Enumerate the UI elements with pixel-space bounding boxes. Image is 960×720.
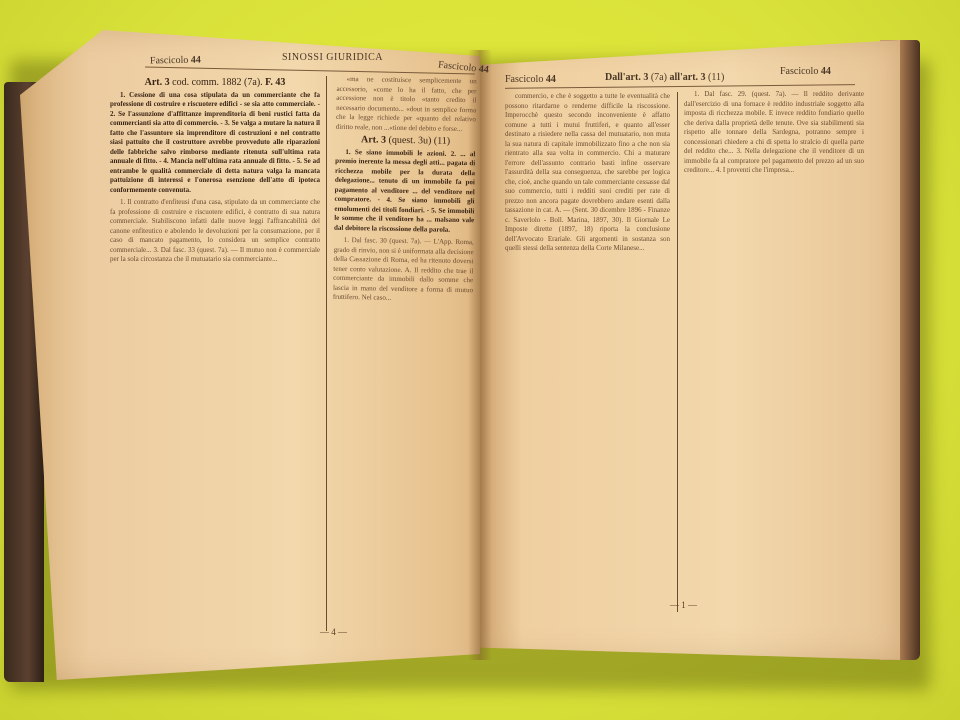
left-header-fascicolo-left: Fascicolo 44 — [150, 55, 201, 67]
left-page-column-2: «ma ne costituisce semplicemente un acce… — [327, 75, 476, 617]
header-number: 44 — [546, 74, 556, 85]
article-heading: Art. 3 cod. comm. 1882 (7a). F. 43 — [110, 78, 320, 88]
header-label: Fascicolo — [780, 66, 818, 77]
header-label: Fascicolo — [505, 74, 543, 85]
article-body: 1. Dal fasc. 29. (quest. 7a). — Il reddi… — [684, 90, 864, 176]
article-heading: Art. 3 (quest. 3u) (11) — [336, 135, 476, 147]
right-page-column-2: 1. Dal fasc. 29. (quest. 7a). — Il reddi… — [684, 90, 864, 600]
header-range-from: Dall'art. — [605, 72, 641, 83]
article-code: cod. comm. 1882 (7a). — [172, 77, 263, 88]
right-header-fascicolo-right: Fascicolo 44 — [780, 66, 831, 77]
header-label: Fascicolo — [150, 55, 189, 67]
right-header-title: Dall'art. 3 (7a) all'art. 3 (11) — [605, 72, 724, 83]
continuation-text: «ma ne costituisce semplicemente un acce… — [336, 75, 477, 134]
left-header-title: SINOSSI GIURIDICA — [282, 52, 383, 63]
left-page-column-1: Art. 3 cod. comm. 1882 (7a). F. 43 1. Ce… — [110, 76, 320, 606]
article-f-number: F. 43 — [265, 77, 285, 88]
right-page-number: — 1 — — [670, 600, 697, 610]
left-page-number: — 4 — — [320, 627, 347, 637]
header-range-from-sub: (7a) — [651, 72, 667, 83]
header-range-to: all'art. — [669, 72, 698, 83]
article-summary: 1. Cessione di una cosa stipulata da un … — [110, 91, 320, 196]
right-column-divider — [677, 92, 678, 612]
article-summary: 1. Se siano immobili le azioni. 2. ... a… — [334, 147, 475, 235]
article-body: 1. Il contratto d'enfiteusi d'una casa, … — [110, 198, 320, 265]
article-code: (quest. 3u) (11) — [388, 135, 450, 147]
header-number: 44 — [478, 64, 489, 76]
left-column-divider — [326, 76, 327, 631]
right-header-fascicolo-left: Fascicolo 44 — [505, 74, 556, 85]
header-number: 44 — [191, 55, 201, 66]
article-body: 1. Dal fasc. 30 (quest. 7a). — L'App. Ro… — [333, 236, 474, 305]
article-number: Art. 3 — [145, 77, 170, 88]
article-body: commercio, e che è soggetto a tutte le e… — [505, 92, 670, 254]
header-range-from-num: 3 — [643, 72, 648, 83]
header-range-to-num: 3 — [701, 72, 706, 83]
article-number: Art. 3 — [361, 134, 386, 145]
header-number: 44 — [821, 66, 831, 77]
right-page-column-1: commercio, e che è soggetto a tutte le e… — [505, 92, 670, 602]
header-range-to-sub: (11) — [708, 72, 724, 83]
